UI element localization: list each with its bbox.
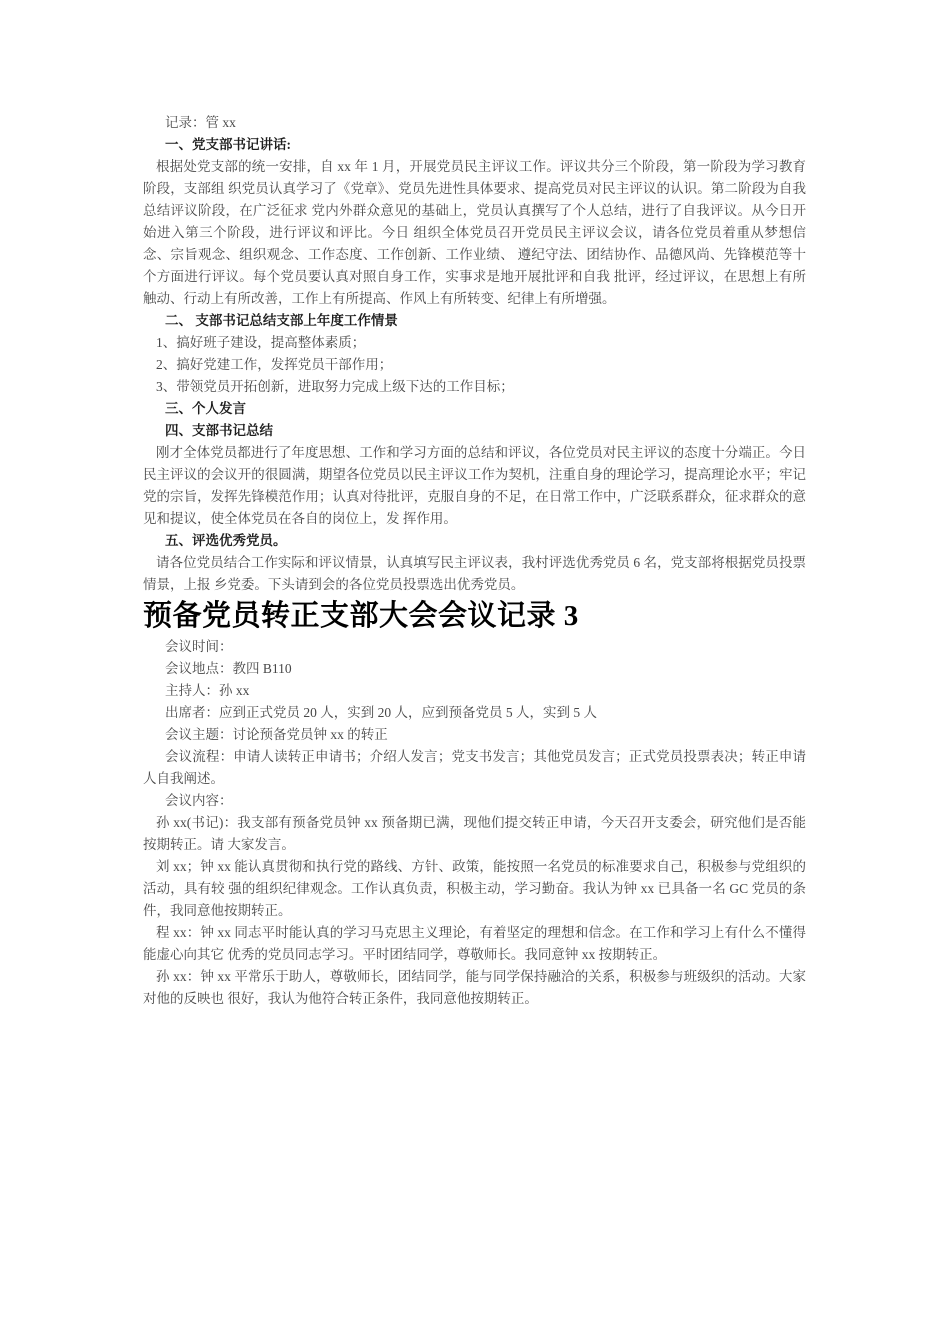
document-title: 预备党员转正支部大会会议记录 3 <box>143 596 806 636</box>
section-heading: 五、评选优秀党员。 <box>143 530 806 552</box>
list-item: 2、搞好党建工作，发挥党员干部作用； <box>143 354 806 376</box>
section-heading: 三、个人发言 <box>143 398 806 420</box>
list-item: 1、搞好班子建设，提高整体素质； <box>143 332 806 354</box>
paragraph: 刚才全体党员都进行了年度思想、工作和学习方面的总结和评议，各位党员对民主评议的态… <box>143 442 806 530</box>
paragraph: 孙 xx(书记)：我支部有预备党员钟 xx 预备期已满，现他们提交转正申请，今天… <box>143 812 806 856</box>
info-line: 会议时间： <box>143 636 806 658</box>
info-line: 会议主题：讨论预备党员钟 xx 的转正 <box>143 724 806 746</box>
paragraph: 根据处党支部的统一安排，自 xx 年 1 月，开展党员民主评议工作。评议共分三个… <box>143 156 806 310</box>
section-heading: 一、党支部书记讲话: <box>143 134 806 156</box>
paragraph: 程 xx：钟 xx 同志平时能认真的学习马克思主义理论，有着坚定的理想和信念。在… <box>143 922 806 966</box>
document-page: 记录：管 xx一、党支部书记讲话:根据处党支部的统一安排，自 xx 年 1 月，… <box>143 112 806 1010</box>
info-line: 记录：管 xx <box>143 112 806 134</box>
info-line: 会议流程：申请人读转正申请书；介绍人发言；党支书发言；其他党员发言；正式党员投票… <box>143 746 806 790</box>
info-line: 主持人：孙 xx <box>143 680 806 702</box>
section-heading: 二、 支部书记总结支部上年度工作情景 <box>143 310 806 332</box>
paragraph: 刘 xx；钟 xx 能认真贯彻和执行党的路线、方针、政策，能按照一名党员的标准要… <box>143 856 806 922</box>
info-line: 会议地点：教四 B110 <box>143 658 806 680</box>
section-heading: 四、支部书记总结 <box>143 420 806 442</box>
paragraph: 请各位党员结合工作实际和评议情景，认真填写民主评议表，我村评选优秀党员 6 名，… <box>143 552 806 596</box>
list-item: 3、带领党员开拓创新，进取努力完成上级下达的工作目标； <box>143 376 806 398</box>
info-line: 出席者：应到正式党员 20 人，实到 20 人，应到预备党员 5 人，实到 5 … <box>143 702 806 724</box>
info-line: 会议内容： <box>143 790 806 812</box>
document-viewport: { "page": { "background": "#ffffff", "bo… <box>0 0 950 1344</box>
paragraph: 孙 xx：钟 xx 平常乐于助人，尊敬师长，团结同学，能与同学保持融洽的关系，积… <box>143 966 806 1010</box>
